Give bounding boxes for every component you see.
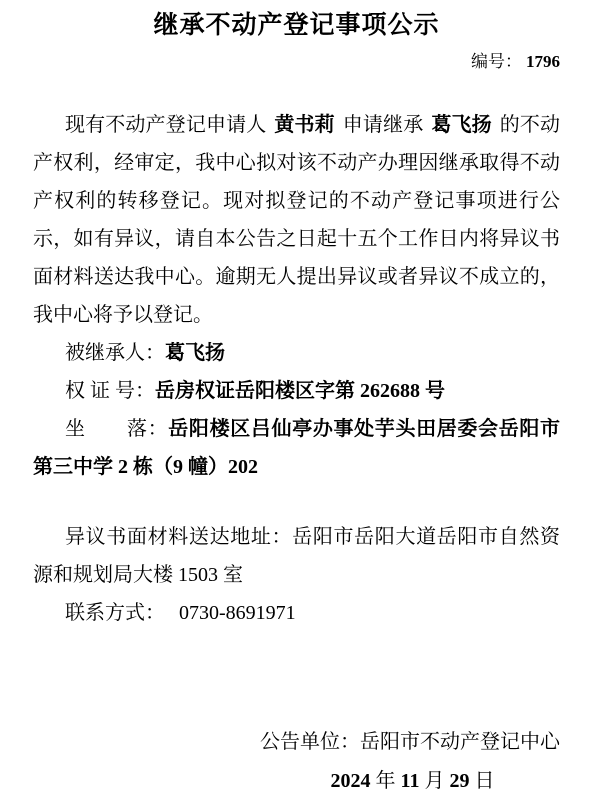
announcing-unit-line: 公告单位：岳阳市不动产登记中心	[260, 727, 560, 757]
doc-number-line: 编号：1796	[33, 50, 560, 74]
announcing-unit-label: 公告单位：	[260, 731, 360, 753]
date-day: 29	[449, 770, 469, 792]
contact-label: 联系方式：	[65, 602, 165, 624]
announcement-date: 2024年11月29日	[260, 766, 560, 795]
field-certificate-number: 权 证 号：岳房权证岳阳楼区字第 262688 号	[33, 372, 560, 410]
decedent-name: 葛飞扬	[431, 114, 491, 136]
doc-number-value: 1796	[526, 52, 560, 71]
applicant-name: 黄书莉	[274, 114, 334, 136]
field-location-label: 坐 落：	[65, 418, 168, 440]
date-day-unit: 日	[474, 770, 494, 792]
footer: 公告单位：岳阳市不动产登记中心 2024年11月29日	[33, 727, 560, 795]
date-year-unit: 年	[376, 770, 396, 792]
body-rest-text: 的不动产权利，经审定，我中心拟对该不动产办理因继承取得不动产权利的转移登记。现对…	[33, 114, 560, 326]
notice-document: 继承不动产登记事项公示 编号：1796 现有不动产登记申请人黄书莉申请继承葛飞扬…	[0, 0, 594, 795]
field-decedent-label: 被继承人：	[65, 342, 165, 364]
field-decedent-value: 葛飞扬	[165, 342, 225, 364]
date-month-unit: 月	[424, 770, 444, 792]
body-lead-text: 现有不动产登记申请人	[65, 114, 266, 136]
date-month: 11	[401, 770, 420, 792]
field-decedent: 被继承人：葛飞扬	[33, 334, 560, 372]
objection-delivery-address: 异议书面材料送达地址：岳阳市岳阳大道岳阳市自然资源和规划局大楼 1503 室	[33, 518, 560, 594]
contact-line: 联系方式：0730-8691971	[33, 594, 560, 632]
field-certificate-value: 岳房权证岳阳楼区字第 262688 号	[155, 380, 445, 402]
announcing-unit-name: 岳阳市不动产登记中心	[360, 731, 560, 753]
date-year: 2024	[331, 770, 371, 792]
page-title: 继承不动产登记事项公示	[33, 8, 560, 42]
footer-block: 公告单位：岳阳市不动产登记中心 2024年11月29日	[260, 727, 560, 795]
field-location: 坐 落：岳阳楼区吕仙亭办事处芋头田居委会岳阳市第三中学 2 栋（9 幢）202	[33, 410, 560, 486]
doc-number-label: 编号：	[471, 52, 522, 71]
contact-phone-number: 0730-8691971	[179, 602, 296, 624]
notice-body-paragraph: 现有不动产登记申请人黄书莉申请继承葛飞扬的不动产权利，经审定，我中心拟对该不动产…	[33, 106, 560, 334]
body-middle-text: 申请继承	[343, 114, 424, 136]
field-certificate-label: 权 证 号：	[65, 380, 155, 402]
delivery-address-label: 异议书面材料送达地址：	[65, 526, 292, 548]
